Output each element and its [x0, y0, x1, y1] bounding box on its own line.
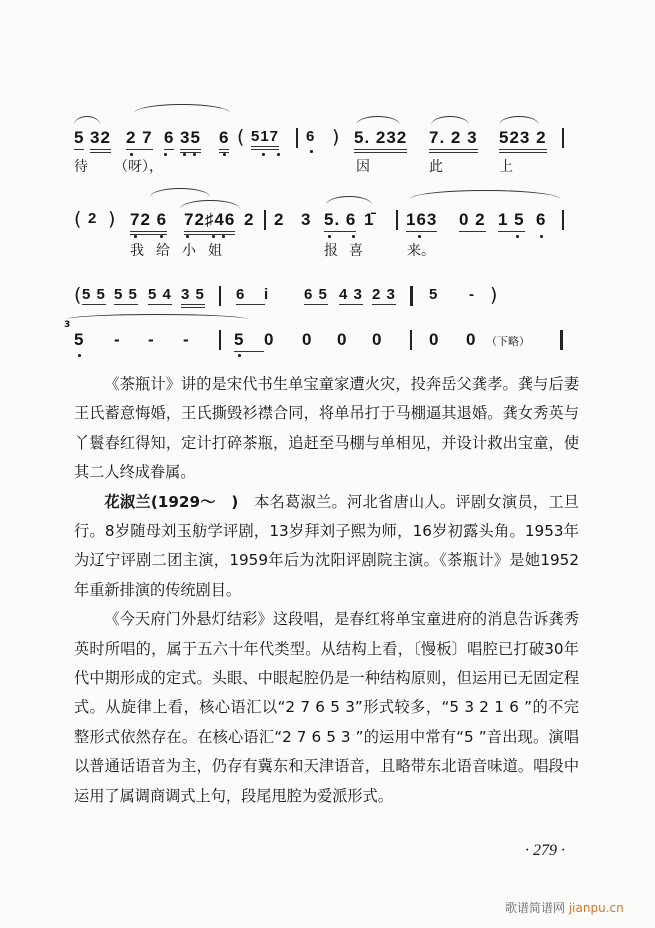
slur — [356, 116, 400, 125]
slur — [326, 196, 372, 205]
low-octave-dot — [516, 235, 519, 238]
note-group: 32 — [90, 128, 111, 153]
lyric: 姐 — [208, 240, 222, 260]
lyric: 喜 — [349, 240, 363, 260]
note-group: 2 — [274, 210, 284, 230]
slur — [431, 116, 469, 125]
low-octave-dot — [418, 235, 421, 238]
note-group: 0 — [264, 330, 274, 350]
note-group: 6 — [164, 128, 174, 150]
watermark: 歌谱简谱网 jianpu.cn — [505, 899, 624, 916]
note-group: 6 — [236, 286, 265, 305]
slur — [410, 190, 560, 199]
note-group: - — [183, 330, 190, 350]
lyric: 来。 — [407, 240, 435, 260]
note-group: 0 — [466, 330, 476, 350]
low-octave-dot — [262, 153, 265, 156]
note-group: 2 7 — [126, 128, 153, 150]
low-octave-dot — [222, 235, 225, 238]
note-group: 523 2 — [499, 128, 547, 153]
note-group: - — [148, 330, 155, 350]
note-group: - — [114, 330, 121, 350]
close-paren: ) — [332, 126, 339, 148]
lyric: 上 — [499, 156, 513, 176]
note-group: 5. 6 — [324, 210, 356, 232]
paragraph-biography: 花淑兰(1929～ ) 本名葛淑兰。河北省唐山人。评剧女演员，工旦行。8岁随母刘… — [74, 488, 579, 606]
note-group: 2 — [88, 210, 97, 227]
lyric: 此 — [429, 156, 443, 176]
performer-name: 花淑兰(1929～ ) — [104, 493, 238, 511]
watermark-url: jianpu.cn — [569, 901, 624, 915]
body-text: 《茶瓶计》讲的是宋代书生单宝童家遭火灾，投奔岳父龚孝。龚与后妻王氏蓄意悔婚，王氏… — [74, 370, 579, 811]
omitted-note: （下略） — [486, 333, 530, 349]
note-group: 0 — [372, 330, 382, 350]
note-group: i — [264, 286, 269, 303]
bar-line — [562, 210, 564, 230]
low-octave-dot — [193, 153, 196, 156]
note-group: 4 3 — [339, 286, 363, 305]
note-group: 5 — [234, 330, 264, 352]
slur — [499, 116, 539, 125]
note-group: 1 5 — [498, 210, 525, 232]
close-paren: ) — [490, 284, 497, 306]
note-group: 5 — [74, 128, 84, 150]
note-group: 5 5 — [82, 286, 106, 305]
note-group: 517 — [251, 128, 279, 150]
note-group: 6 — [306, 128, 315, 145]
bar-line — [396, 210, 398, 230]
note-group: - — [469, 286, 475, 303]
note-group: 5 — [74, 330, 84, 350]
bar-line — [562, 128, 564, 148]
paragraph-plot: 《茶瓶计》讲的是宋代书生单宝童家遭火灾，投奔岳父龚孝。龚与后妻王氏蓄意悔婚，王氏… — [74, 370, 579, 488]
final-bar-line — [560, 330, 563, 350]
note-group: 3 5 — [181, 286, 205, 308]
tie — [66, 314, 248, 323]
note-group: 163 — [406, 210, 437, 232]
note-group: 7. 2 3 — [429, 128, 478, 153]
note-group: 5 5 — [114, 286, 138, 305]
note-group: 3 — [301, 210, 311, 230]
watermark-cn: 歌谱简谱网 — [505, 901, 565, 915]
note-group: 35 — [180, 128, 201, 153]
bar-line — [219, 286, 221, 306]
bar-line — [219, 330, 221, 350]
note-group: 5 4 — [148, 286, 172, 305]
slur — [150, 188, 210, 197]
note-group: 2 3 — [372, 286, 396, 305]
bar-line — [410, 330, 412, 350]
lyric: 小 — [182, 240, 196, 260]
lyric: 待 — [74, 156, 88, 176]
low-octave-dot — [238, 354, 241, 357]
note-group: 0 — [302, 330, 312, 350]
low-octave-dot — [186, 235, 189, 238]
close-paren: ) — [108, 208, 115, 230]
bar-line — [264, 210, 266, 230]
grace-note: 3 — [64, 320, 70, 330]
note-group: 5. 232 — [354, 128, 407, 153]
lyric: 给 — [156, 240, 170, 260]
note-group: 5 — [429, 286, 438, 303]
low-octave-dot — [328, 235, 331, 238]
low-octave-dot — [223, 153, 226, 156]
low-octave-dot — [134, 235, 137, 238]
slur — [134, 104, 230, 113]
note-group: 0 2 — [459, 210, 486, 232]
lyric: 报 — [324, 240, 338, 260]
low-octave-dot — [212, 235, 215, 238]
low-octave-dot — [164, 153, 167, 156]
low-octave-dot — [540, 235, 543, 238]
low-octave-dot — [352, 235, 355, 238]
lyric: 我 — [130, 240, 144, 260]
open-paren: ( — [74, 208, 81, 230]
bar-line — [410, 286, 413, 306]
bar-line — [296, 128, 298, 148]
note-group: 72 6 — [130, 210, 167, 235]
page-number: · 279 · — [525, 842, 565, 860]
note-group: 6 5 — [304, 286, 328, 305]
open-paren: ( — [74, 284, 81, 306]
low-octave-dot — [78, 354, 81, 357]
note-group: 6 — [219, 128, 229, 153]
slur — [74, 116, 100, 125]
note-group: 72♯46 — [184, 210, 235, 235]
note-group: 0 — [337, 330, 347, 350]
note-group: 0 — [429, 330, 439, 350]
slur — [180, 200, 240, 209]
lyric: （呀）， — [114, 156, 163, 176]
open-paren: ( — [237, 126, 244, 148]
note-group: 2 — [244, 210, 254, 230]
low-octave-dot — [277, 153, 280, 156]
note-group: 1̄ — [364, 210, 374, 230]
low-octave-dot — [183, 153, 186, 156]
note-group: 6 — [536, 210, 546, 230]
paragraph-analysis: 《今天府门外悬灯结彩》这段唱，是春红将单宝童进府的消息告诉龚秀英时所唱的，属于五… — [74, 605, 579, 811]
lyric: 因 — [356, 156, 370, 176]
low-octave-dot — [160, 235, 163, 238]
low-octave-dot — [310, 150, 313, 153]
